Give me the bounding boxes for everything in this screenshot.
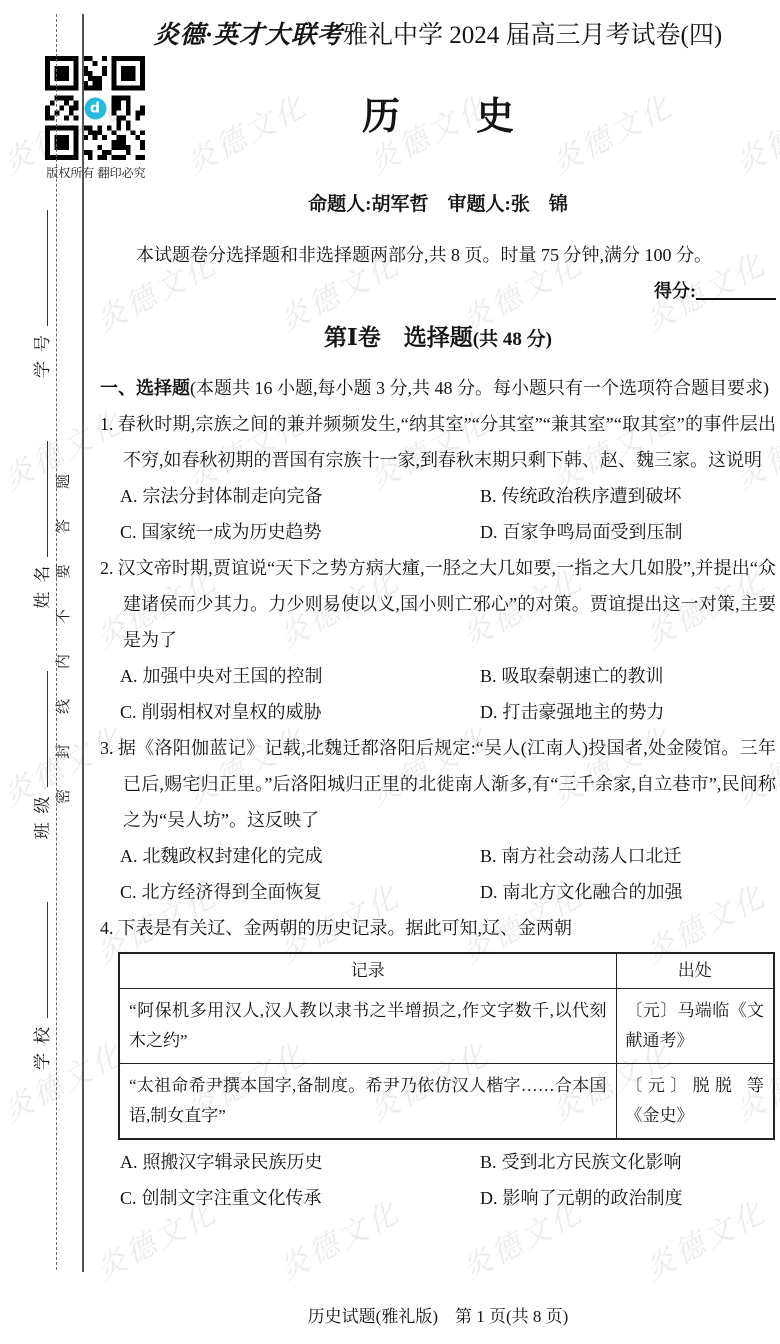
class-blank <box>28 671 48 787</box>
main-column: 炎德·英才大联考雅礼中学 2024 届高三月考试卷(四) 历 史 命题人:胡军哲… <box>100 0 776 1216</box>
exam-instructions: 本试题卷分选择题和非选择题两部分,共 8 页。时量 75 分钟,满分 100 分… <box>100 242 776 268</box>
section-score: (共 48 分) <box>473 329 552 350</box>
question-stem: 1.春秋时期,宗族之间的兼并频频发生,“纳其室”“分其室”“兼其室”“取其室”的… <box>100 406 776 478</box>
question-options: A.照搬汉字辑录民族历史 B.受到北方民族文化影响 C.创制文字注重文化传承 D… <box>100 1144 776 1216</box>
option-b: B.受到北方民族文化影响 <box>480 1144 776 1180</box>
score-line: 得分: <box>100 278 776 304</box>
option-b: B.吸取秦朝速亡的教训 <box>480 658 776 694</box>
table-header-record: 记录 <box>119 953 616 989</box>
name-field: 姓名 <box>28 441 53 609</box>
option-a: A.照搬汉字辑录民族历史 <box>120 1144 480 1180</box>
question-table: 记录 出处 “阿保机多用汉人,汉人教以隶书之半增损之,作文字数千,以代刻木之约”… <box>118 952 775 1140</box>
option-a: A.宗法分封体制走向完备 <box>120 478 480 514</box>
setter-line: 命题人:胡军哲 审题人:张 锦 <box>100 192 776 218</box>
option-d: D.南北方文化融合的加强 <box>480 874 776 910</box>
exam-paper-page: 炎德文化炎德文化炎德文化炎德文化炎德文化炎德文化炎德文化炎德文化炎德文化炎德文化… <box>0 0 780 1344</box>
class-field: 班级 <box>28 671 53 839</box>
option-d: D.打击豪强地主的势力 <box>480 694 776 730</box>
option-b: B.传统政治秩序遭到破坏 <box>480 478 776 514</box>
option-a: A.北魏政权封建化的完成 <box>120 838 480 874</box>
table-row: “阿保机多用汉人,汉人教以隶书之半增损之,作文字数千,以代刻木之约” 〔元〕马端… <box>119 989 774 1064</box>
option-c: C.国家统一成为历史趋势 <box>120 514 480 550</box>
question-3: 3.据《洛阳伽蓝记》记载,北魏迁都洛阳后规定:“吴人(江南人)投国者,处金陵馆。… <box>100 730 776 910</box>
record-cell: “阿保机多用汉人,汉人教以隶书之半增损之,作文字数千,以代刻木之约” <box>119 989 616 1064</box>
question-1: 1.春秋时期,宗族之间的兼并频频发生,“纳其室”“分其室”“兼其室”“取其室”的… <box>100 406 776 550</box>
question-stem: 2.汉文帝时期,贾谊说“天下之势方病大瘇,一胫之大几如要,一指之大几如股”,并提… <box>100 550 776 658</box>
school-field: 学校 <box>28 902 53 1070</box>
table-header-source: 出处 <box>616 953 774 989</box>
option-c: C.北方经济得到全面恢复 <box>120 874 480 910</box>
name-blank <box>28 441 48 557</box>
question-options: A.宗法分封体制走向完备 B.传统政治秩序遭到破坏 C.国家统一成为历史趋势 D… <box>100 478 776 550</box>
table-header-row: 记录 出处 <box>119 953 774 989</box>
student-id-field: 学号 <box>28 210 53 378</box>
section-title: 第Ⅰ卷 选择题(共 48 分) <box>100 322 776 356</box>
score-label: 得分: <box>654 281 696 301</box>
question-stem: 4.下表是有关辽、金两朝的历史记录。据此可知,辽、金两朝 <box>100 910 776 946</box>
question-4: 4.下表是有关辽、金两朝的历史记录。据此可知,辽、金两朝 记录 出处 “阿保机多… <box>100 910 776 1216</box>
question-2: 2.汉文帝时期,贾谊说“天下之势方病大瘇,一胫之大几如要,一指之大几如股”,并提… <box>100 550 776 730</box>
page-footer: 历史试题(雅礼版) 第 1 页(共 8 页) <box>100 1302 776 1327</box>
exam-header: 炎德·英才大联考雅礼中学 2024 届高三月考试卷(四) <box>100 0 776 52</box>
school-blank <box>28 902 48 1018</box>
exam-title: 雅礼中学 2024 届高三月考试卷(四) <box>343 22 722 49</box>
source-cell: 〔元〕马端临《文献通考》 <box>616 989 774 1064</box>
source-cell: 〔元〕脱脱 等《金史》 <box>616 1064 774 1140</box>
option-a: A.加强中央对王国的控制 <box>120 658 480 694</box>
option-b: B.南方社会动荡人口北迁 <box>480 838 776 874</box>
seal-solid-line <box>82 14 84 1272</box>
student-info-fields: 学校 班级 姓名 学号 <box>7 210 53 1070</box>
option-c: C.削弱相权对皇权的威胁 <box>120 694 480 730</box>
exam-brand: 炎德·英才大联考 <box>154 22 343 49</box>
option-d: D.影响了元朝的政治制度 <box>480 1180 776 1216</box>
question-options: A.北魏政权封建化的完成 B.南方社会动荡人口北迁 C.北方经济得到全面恢复 D… <box>100 838 776 910</box>
part-heading: 一、选择题(本题共 16 小题,每小题 3 分,共 48 分。每小题只有一个选项… <box>100 370 776 406</box>
option-c: C.创制文字注重文化传承 <box>120 1180 480 1216</box>
option-d: D.百家争鸣局面受到压制 <box>480 514 776 550</box>
subject-title: 历 史 <box>100 92 776 142</box>
question-options: A.加强中央对王国的控制 B.吸取秦朝速亡的教训 C.削弱相权对皇权的威胁 D.… <box>100 658 776 730</box>
table-row: “太祖命希尹撰本国字,备制度。希尹乃依仿汉人楷字……合本国语,制女直字” 〔元〕… <box>119 1064 774 1140</box>
seal-line-notice: 密封线内不要答题 <box>52 414 76 834</box>
score-blank <box>696 280 776 300</box>
question-stem: 3.据《洛阳伽蓝记》记载,北魏迁都洛阳后规定:“吴人(江南人)投国者,处金陵馆。… <box>100 730 776 838</box>
record-cell: “太祖命希尹撰本国字,备制度。希尹乃依仿汉人楷字……合本国语,制女直字” <box>119 1064 616 1140</box>
student-id-blank <box>28 210 48 326</box>
